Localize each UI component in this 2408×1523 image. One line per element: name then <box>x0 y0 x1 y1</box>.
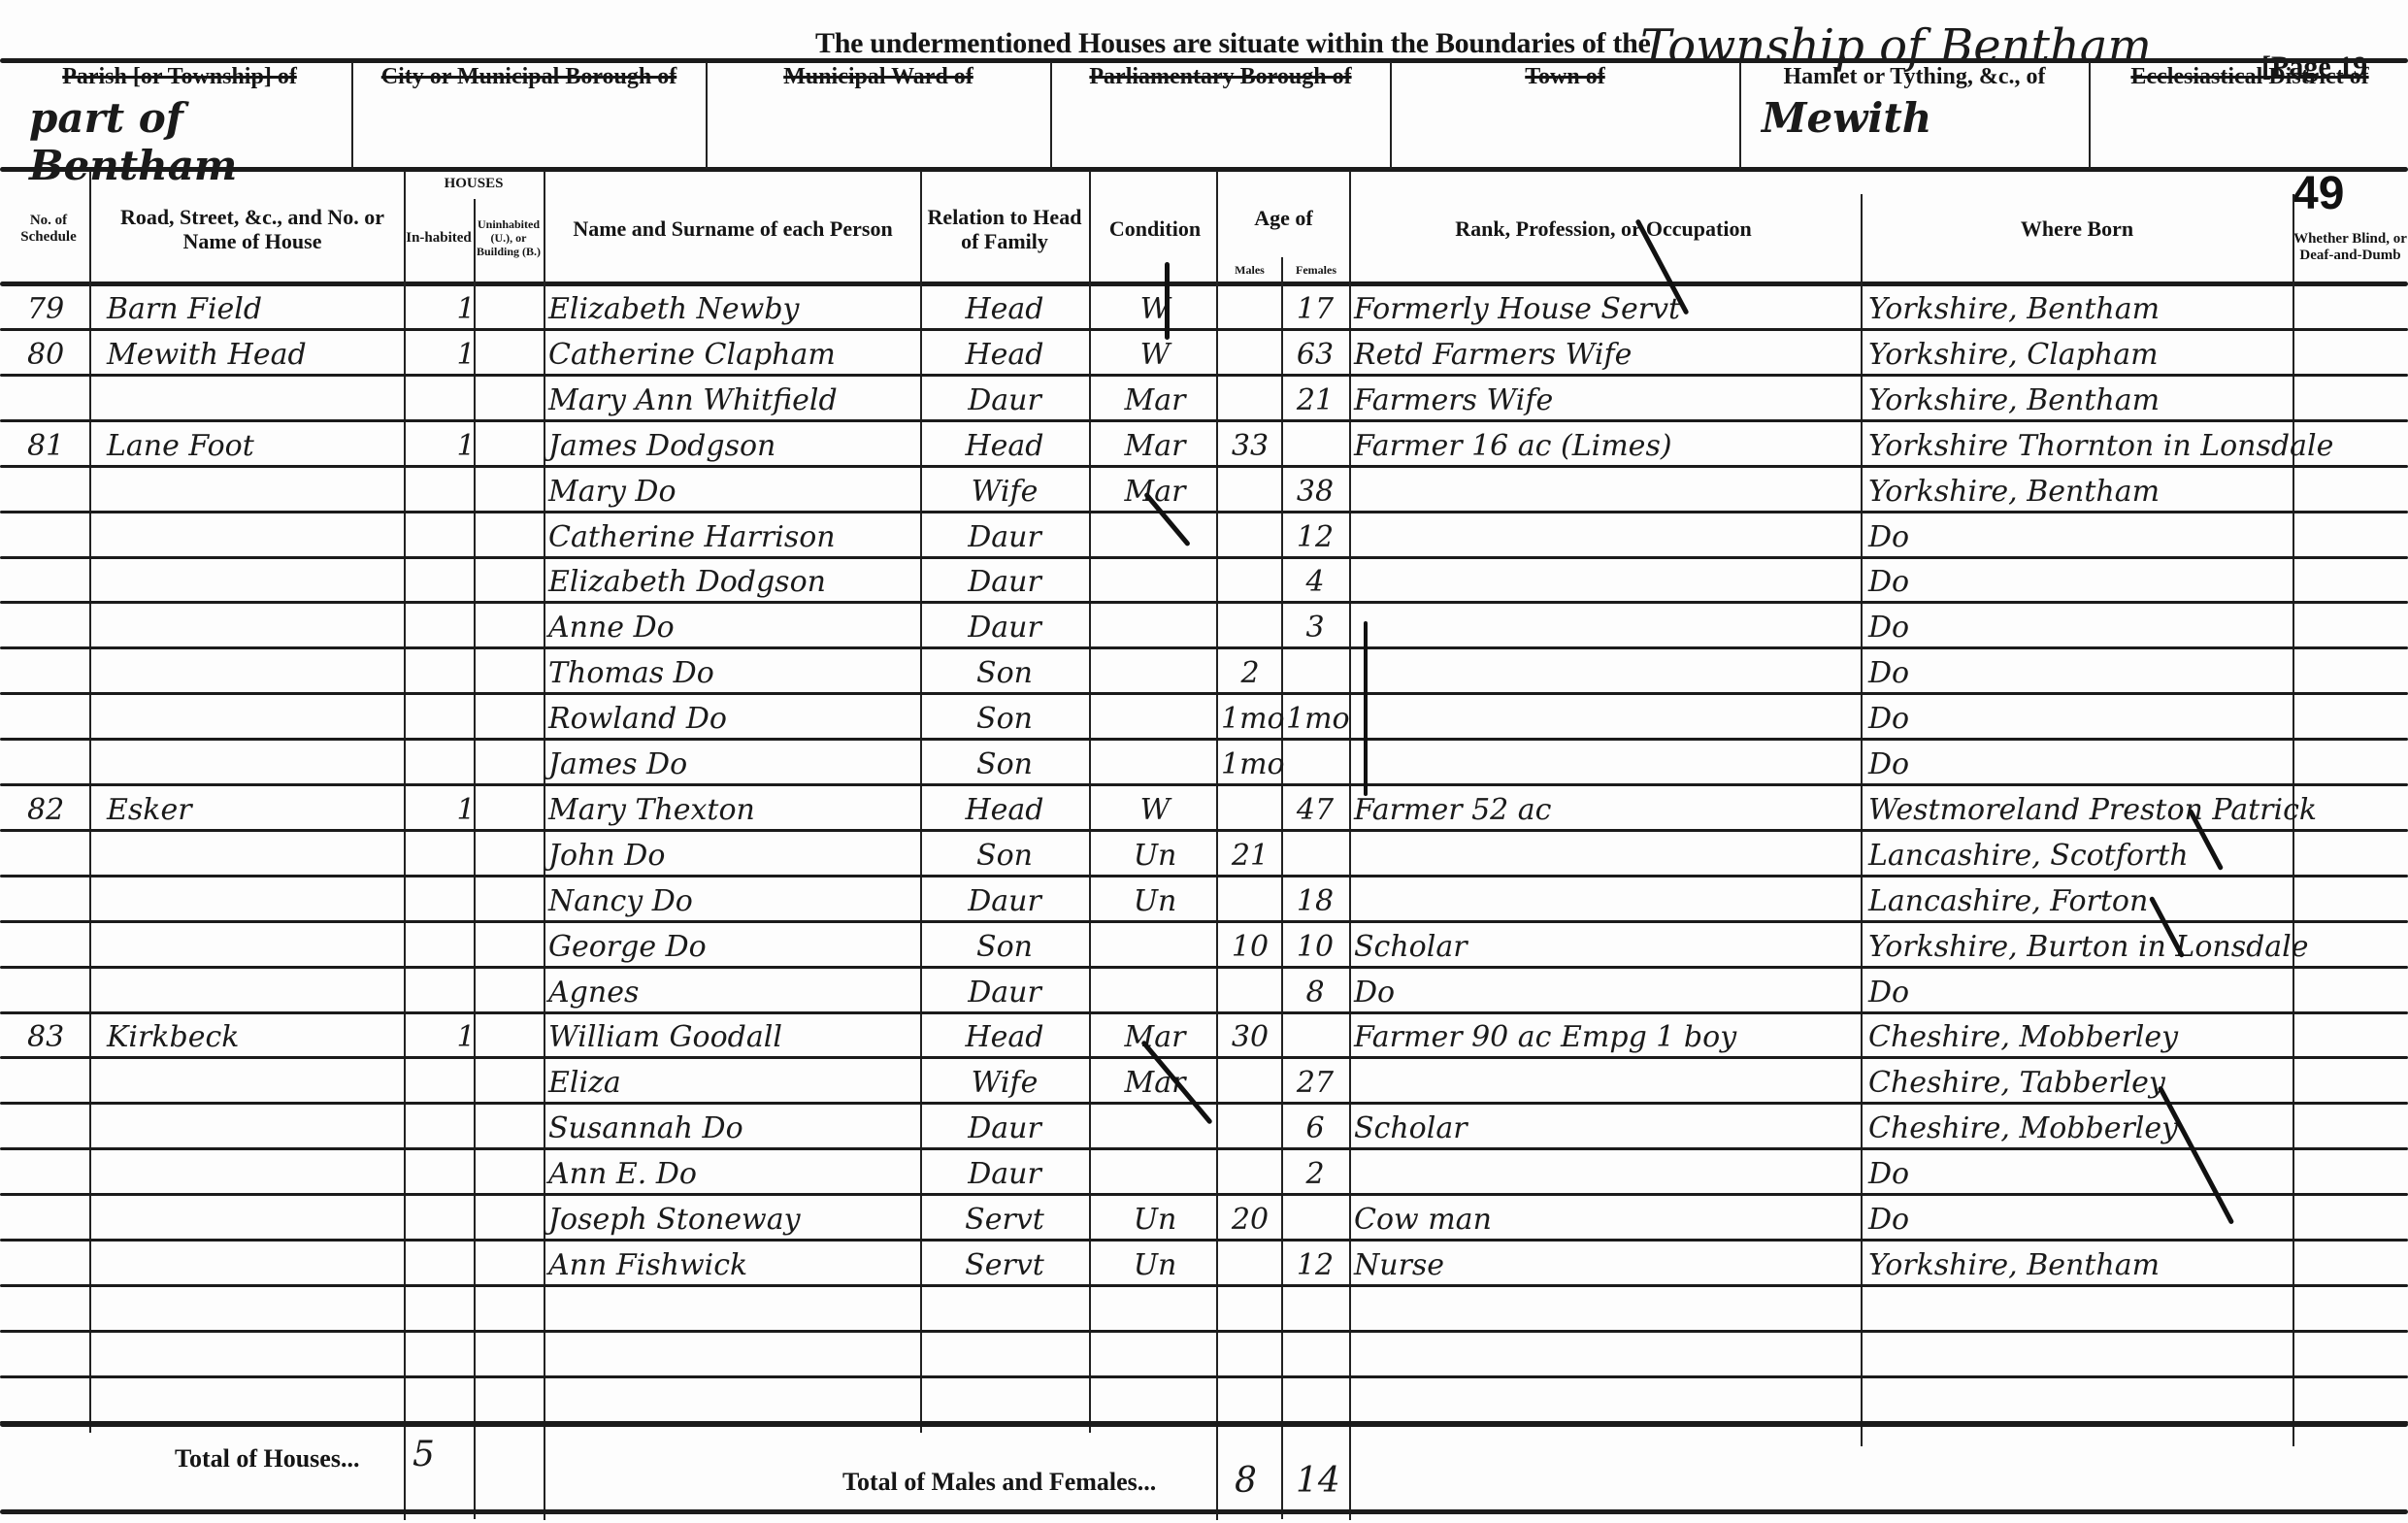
row-rule <box>0 692 2408 695</box>
person-name: Mary Ann Whitfield <box>548 379 917 423</box>
row-rule <box>0 1284 2408 1287</box>
row-rule <box>0 465 2408 468</box>
inhabited-count <box>446 1107 485 1151</box>
banner-text: The undermentioned Houses are situate wi… <box>815 27 1651 60</box>
age-female: 18 <box>1286 879 1344 924</box>
marital-condition: W <box>1102 287 1208 332</box>
jurisdiction-label: City or Municipal Borough of <box>354 64 704 90</box>
occupation <box>1354 879 1859 924</box>
row-rule <box>0 419 2408 422</box>
person-name: Mary Do <box>548 470 917 514</box>
marital-condition <box>1102 971 1208 1015</box>
birthplace: Yorkshire, Bentham <box>1868 287 2334 332</box>
birthplace: Do <box>1868 971 2334 1015</box>
total-females-value: 14 <box>1296 1461 1340 1501</box>
birthplace: Cheshire, Tabberley <box>1868 1061 2334 1106</box>
relation-to-head: Daur <box>932 971 1077 1015</box>
person-name: William Goodall <box>548 1015 917 1060</box>
table-row: Mary DoWifeMar38Yorkshire, Bentham <box>0 470 2408 514</box>
age-female: 17 <box>1286 287 1344 332</box>
age-female <box>1286 834 1344 878</box>
occupation: Farmer 52 ac <box>1354 788 1859 833</box>
occupation: Retd Farmers Wife <box>1354 333 1859 378</box>
birthplace: Do <box>1868 515 2334 560</box>
occupation: Farmers Wife <box>1354 379 1859 423</box>
check-mark <box>1364 621 1368 796</box>
birthplace: Do <box>1868 1198 2334 1242</box>
relation-to-head: Head <box>932 333 1077 378</box>
inhabited-count <box>446 1198 485 1242</box>
occupation: Nurse <box>1354 1243 1859 1288</box>
total-persons-label: Total of Males and Females... <box>842 1468 1156 1497</box>
relation-to-head: Daur <box>932 515 1077 560</box>
row-rule <box>0 646 2408 649</box>
total-houses-label: Total of Houses... <box>175 1444 359 1473</box>
birthplace: Westmoreland Preston Patrick <box>1868 788 2334 833</box>
age-male <box>1221 1061 1279 1106</box>
birthplace: Yorkshire, Bentham <box>1868 379 2334 423</box>
table-row: 81Lane Foot1James DodgsonHeadMar33Farmer… <box>0 424 2408 469</box>
marital-condition <box>1102 697 1208 742</box>
jurisdiction-label: Municipal Ward of <box>709 64 1048 90</box>
birthplace: Do <box>1868 560 2334 605</box>
occupation <box>1354 697 1859 742</box>
person-name: Susannah Do <box>548 1107 917 1151</box>
census-page: The undermentioned Houses are situate wi… <box>0 0 2408 1523</box>
row-rule <box>0 920 2408 923</box>
house-name <box>107 379 398 423</box>
schedule-number <box>27 560 85 605</box>
marital-condition: Mar <box>1102 379 1208 423</box>
table-row: Ann FishwickServtUn12NurseYorkshire, Ben… <box>0 1243 2408 1288</box>
table-row: Rowland DoSon1mo1moDo <box>0 697 2408 742</box>
occupation: Do <box>1354 971 1859 1015</box>
schedule-number: 82 <box>27 788 85 833</box>
birthplace: Lancashire, Scotforth <box>1868 834 2334 878</box>
occupation <box>1354 515 1859 560</box>
inhabited-count <box>446 470 485 514</box>
age-male <box>1221 379 1279 423</box>
relation-to-head: Wife <box>932 470 1077 514</box>
birthplace: Do <box>1868 651 2334 696</box>
schedule-number <box>27 1198 85 1242</box>
age-male: 1mo <box>1221 743 1279 787</box>
birthplace: Lancashire, Forton <box>1868 879 2334 924</box>
inhabited-count <box>446 1061 485 1106</box>
header-females: Females <box>1283 260 1349 281</box>
inhabited-count <box>446 606 485 650</box>
occupation <box>1354 606 1859 650</box>
check-mark <box>1165 262 1170 340</box>
person-name: Thomas Do <box>548 651 917 696</box>
jurisdiction-town: Town of <box>1393 64 1737 171</box>
schedule-number <box>27 743 85 787</box>
person-name: Nancy Do <box>548 879 917 924</box>
row-rule <box>0 875 2408 877</box>
header-uninhabited: Uninhabited (U.), or Building (B.) <box>476 200 542 278</box>
occupation: Scholar <box>1354 1107 1859 1151</box>
house-name: Lane Foot <box>107 424 398 469</box>
jurisdiction-parish: Parish [or Township] of part of Bentham <box>10 64 349 171</box>
schedule-number <box>27 879 85 924</box>
person-name: Joseph Stoneway <box>548 1198 917 1242</box>
age-female: 3 <box>1286 606 1344 650</box>
jurisdiction-hamlet: Hamlet or Tything, &c., of Mewith <box>1742 64 2087 171</box>
age-male <box>1221 879 1279 924</box>
table-row: Joseph StonewayServtUn20Cow manDo <box>0 1198 2408 1242</box>
header-occupation: Rank, Profession, or Occupation <box>1351 181 1856 278</box>
person-name: James Do <box>548 743 917 787</box>
header-males: Males <box>1218 260 1281 281</box>
age-male <box>1221 606 1279 650</box>
age-female: 4 <box>1286 560 1344 605</box>
rule-header-bottom <box>0 281 2408 286</box>
schedule-number <box>27 470 85 514</box>
relation-to-head: Servt <box>932 1198 1077 1242</box>
table-row: John DoSonUn21Lancashire, Scotforth <box>0 834 2408 878</box>
table-row: Anne DoDaur3Do <box>0 606 2408 650</box>
row-rule <box>0 1239 2408 1242</box>
age-female: 63 <box>1286 333 1344 378</box>
divider <box>1739 62 1741 169</box>
age-female: 8 <box>1286 971 1344 1015</box>
occupation <box>1354 470 1859 514</box>
inhabited-count <box>446 1243 485 1288</box>
relation-to-head: Servt <box>932 1243 1077 1288</box>
person-name: Catherine Clapham <box>548 333 917 378</box>
house-name <box>107 971 398 1015</box>
schedule-number: 83 <box>27 1015 85 1060</box>
birthplace: Cheshire, Mobberley <box>1868 1107 2334 1151</box>
relation-to-head: Head <box>932 788 1077 833</box>
age-female: 10 <box>1286 925 1344 970</box>
row-rule <box>0 1056 2408 1059</box>
marital-condition <box>1102 925 1208 970</box>
age-male: 10 <box>1221 925 1279 970</box>
schedule-number: 81 <box>27 424 85 469</box>
table-row: Mary Ann WhitfieldDaurMar21Farmers WifeY… <box>0 379 2408 423</box>
row-rule <box>0 738 2408 741</box>
schedule-number: 80 <box>27 333 85 378</box>
person-name: George Do <box>548 925 917 970</box>
age-female: 12 <box>1286 1243 1344 1288</box>
person-name: James Dodgson <box>548 424 917 469</box>
header-blind: Whether Blind, or Deaf-and-Dumb <box>2293 214 2408 281</box>
age-female <box>1286 1198 1344 1242</box>
person-name: Ann E. Do <box>548 1152 917 1197</box>
person-name: Ann Fishwick <box>548 1243 917 1288</box>
birthplace: Yorkshire, Clapham <box>1868 333 2334 378</box>
relation-to-head: Daur <box>932 879 1077 924</box>
row-rule <box>0 374 2408 377</box>
relation-to-head: Daur <box>932 560 1077 605</box>
marital-condition: W <box>1102 333 1208 378</box>
house-name: Esker <box>107 788 398 833</box>
birthplace: Do <box>1868 1152 2334 1197</box>
age-female <box>1286 651 1344 696</box>
inhabited-count <box>446 379 485 423</box>
house-name <box>107 1107 398 1151</box>
birthplace: Yorkshire Thornton in Lonsdale <box>1868 424 2334 469</box>
jurisdiction-ward: Municipal Ward of <box>709 64 1048 171</box>
schedule-number <box>27 651 85 696</box>
age-female: 27 <box>1286 1061 1344 1106</box>
schedule-number <box>27 1061 85 1106</box>
house-name <box>107 651 398 696</box>
inhabited-count: 1 <box>446 1015 485 1060</box>
occupation: Farmer 16 ac (Limes) <box>1354 424 1859 469</box>
inhabited-count: 1 <box>446 333 485 378</box>
header-name: Name and Surname of each Person <box>548 181 917 278</box>
birthplace: Yorkshire, Bentham <box>1868 470 2334 514</box>
inhabited-count <box>446 515 485 560</box>
row-rule <box>0 601 2408 604</box>
relation-to-head: Head <box>932 1015 1077 1060</box>
rule-top <box>0 58 2408 63</box>
divider <box>706 62 708 169</box>
rule-bottom <box>0 1509 2408 1514</box>
row-rule <box>0 1193 2408 1196</box>
schedule-number <box>27 697 85 742</box>
relation-to-head: Son <box>932 834 1077 878</box>
inhabited-count <box>446 651 485 696</box>
table-row: Catherine HarrisonDaur12Do <box>0 515 2408 560</box>
inhabited-count <box>446 697 485 742</box>
schedule-number <box>27 971 85 1015</box>
marital-condition: Un <box>1102 1243 1208 1288</box>
jurisdiction-label: Ecclesiastical District of <box>2092 64 2408 90</box>
header-inhabited: In-habited <box>406 200 472 278</box>
age-female <box>1286 424 1344 469</box>
row-rule <box>0 966 2408 969</box>
table-row: 83Kirkbeck1William GoodallHeadMar30Farme… <box>0 1015 2408 1060</box>
house-name: Mewith Head <box>107 333 398 378</box>
occupation <box>1354 560 1859 605</box>
birthplace: Do <box>1868 697 2334 742</box>
divider <box>351 62 353 169</box>
house-name <box>107 834 398 878</box>
age-male: 20 <box>1221 1198 1279 1242</box>
marital-condition: Un <box>1102 879 1208 924</box>
total-houses-value: 5 <box>412 1435 435 1474</box>
row-rule <box>0 1011 2408 1014</box>
house-name <box>107 925 398 970</box>
schedule-number <box>27 925 85 970</box>
age-male <box>1221 560 1279 605</box>
total-males-value: 8 <box>1235 1461 1257 1501</box>
occupation <box>1354 1152 1859 1197</box>
jurisdiction-ecclesiastical: Ecclesiastical District of <box>2092 64 2408 171</box>
age-female: 21 <box>1286 379 1344 423</box>
schedule-number <box>27 515 85 560</box>
house-name <box>107 1061 398 1106</box>
schedule-number <box>27 834 85 878</box>
age-male <box>1221 1152 1279 1197</box>
house-name <box>107 560 398 605</box>
age-male <box>1221 287 1279 332</box>
schedule-number <box>27 1107 85 1151</box>
row-rule <box>0 783 2408 786</box>
marital-condition <box>1102 651 1208 696</box>
row-rule <box>0 511 2408 513</box>
relation-to-head: Son <box>932 697 1077 742</box>
occupation: Cow man <box>1354 1198 1859 1242</box>
relation-to-head: Daur <box>932 1152 1077 1197</box>
inhabited-count <box>446 560 485 605</box>
house-name <box>107 879 398 924</box>
header-born: Where Born <box>1864 181 2291 278</box>
marital-condition <box>1102 743 1208 787</box>
inhabited-count: 1 <box>446 287 485 332</box>
age-female: 47 <box>1286 788 1344 833</box>
person-name: John Do <box>548 834 917 878</box>
marital-condition <box>1102 606 1208 650</box>
birthplace: Cheshire, Mobberley <box>1868 1015 2334 1060</box>
occupation <box>1354 1061 1859 1106</box>
age-male: 30 <box>1221 1015 1279 1060</box>
row-rule <box>0 829 2408 832</box>
person-name: Elizabeth Dodgson <box>548 560 917 605</box>
schedule-number <box>27 1243 85 1288</box>
marital-condition <box>1102 1152 1208 1197</box>
age-male <box>1221 1107 1279 1151</box>
header-road: Road, Street, &c., and No. or Name of Ho… <box>97 181 408 278</box>
folio-number: 49 <box>2293 167 2344 220</box>
age-male: 21 <box>1221 834 1279 878</box>
header-condition: Condition <box>1092 181 1218 278</box>
relation-to-head: Son <box>932 743 1077 787</box>
relation-to-head: Head <box>932 287 1077 332</box>
divider <box>1390 62 1392 169</box>
table-row: ElizaWifeMar27Cheshire, Tabberley <box>0 1061 2408 1106</box>
house-name <box>107 743 398 787</box>
person-name: Eliza <box>548 1061 917 1106</box>
table-row: Elizabeth DodgsonDaur4Do <box>0 560 2408 605</box>
divider <box>2089 62 2091 169</box>
house-name: Barn Field <box>107 287 398 332</box>
house-name <box>107 606 398 650</box>
relation-to-head: Head <box>932 424 1077 469</box>
inhabited-count <box>446 971 485 1015</box>
age-male: 33 <box>1221 424 1279 469</box>
row-rule <box>0 1147 2408 1150</box>
age-female: 12 <box>1286 515 1344 560</box>
age-female: 2 <box>1286 1152 1344 1197</box>
relation-to-head: Daur <box>932 606 1077 650</box>
inhabited-count: 1 <box>446 424 485 469</box>
relation-to-head: Son <box>932 651 1077 696</box>
marital-condition: W <box>1102 788 1208 833</box>
row-rule <box>0 1102 2408 1105</box>
header-relation: Relation to Head of Family <box>922 181 1087 278</box>
jurisdiction-city: City or Municipal Borough of <box>354 64 704 171</box>
relation-to-head: Son <box>932 925 1077 970</box>
jurisdiction-label: Parish [or Township] of <box>10 64 349 90</box>
person-name: Mary Thexton <box>548 788 917 833</box>
house-name <box>107 697 398 742</box>
person-name: Rowland Do <box>548 697 917 742</box>
table-row: 82Esker1Mary ThextonHeadW47Farmer 52 acW… <box>0 788 2408 833</box>
birthplace: Yorkshire, Bentham <box>1868 1243 2334 1288</box>
age-male <box>1221 470 1279 514</box>
inhabited-count: 1 <box>446 788 485 833</box>
inhabited-count <box>446 879 485 924</box>
table-row: Thomas DoSon2Do <box>0 651 2408 696</box>
occupation <box>1354 743 1859 787</box>
table-row: AgnesDaur8DoDo <box>0 971 2408 1015</box>
birthplace: Do <box>1868 606 2334 650</box>
table-row: James DoSon1moDo <box>0 743 2408 787</box>
row-rule <box>0 328 2408 331</box>
row-rule <box>0 556 2408 559</box>
age-female: 38 <box>1286 470 1344 514</box>
occupation <box>1354 651 1859 696</box>
age-male: 2 <box>1221 651 1279 696</box>
house-name <box>107 1243 398 1288</box>
age-male <box>1221 333 1279 378</box>
person-name: Catherine Harrison <box>548 515 917 560</box>
relation-to-head: Daur <box>932 379 1077 423</box>
inhabited-count <box>446 834 485 878</box>
age-male: 1mo <box>1221 697 1279 742</box>
occupation: Farmer 90 ac Empg 1 boy <box>1354 1015 1859 1060</box>
age-female: 1mo <box>1286 697 1344 742</box>
divider <box>1050 62 1052 169</box>
inhabited-count <box>446 925 485 970</box>
occupation <box>1354 834 1859 878</box>
marital-condition: Un <box>1102 1198 1208 1242</box>
age-male <box>1221 1243 1279 1288</box>
house-name <box>107 515 398 560</box>
table-row: Ann E. DoDaur2Do <box>0 1152 2408 1197</box>
age-female <box>1286 743 1344 787</box>
schedule-number: 79 <box>27 287 85 332</box>
rule-totals-top <box>0 1422 2408 1427</box>
jurisdiction-label: Hamlet or Tything, &c., of <box>1742 64 2087 90</box>
person-name: Agnes <box>548 971 917 1015</box>
relation-to-head: Wife <box>932 1061 1077 1106</box>
house-name <box>107 1152 398 1197</box>
table-row: Nancy DoDaurUn18Lancashire, Forton <box>0 879 2408 924</box>
jurisdiction-parliamentary: Parliamentary Borough of <box>1053 64 1388 171</box>
age-male <box>1221 971 1279 1015</box>
house-name: Kirkbeck <box>107 1015 398 1060</box>
person-name: Anne Do <box>548 606 917 650</box>
marital-condition: Un <box>1102 834 1208 878</box>
row-rule <box>0 1330 2408 1333</box>
age-female <box>1286 1015 1344 1060</box>
jurisdiction-value: part of Bentham <box>10 94 349 189</box>
person-name: Elizabeth Newby <box>548 287 917 332</box>
marital-condition <box>1102 1107 1208 1151</box>
birthplace: Do <box>1868 743 2334 787</box>
header-schedule: No. of Schedule <box>10 181 87 278</box>
table-row: George DoSon1010ScholarYorkshire, Burton… <box>0 925 2408 970</box>
header-houses: HOUSES <box>406 173 542 196</box>
marital-condition: Mar <box>1102 424 1208 469</box>
house-name <box>107 470 398 514</box>
jurisdiction-label: Parliamentary Borough of <box>1053 64 1388 90</box>
table-row: 80Mewith Head1Catherine ClaphamHeadW63Re… <box>0 333 2408 378</box>
schedule-number <box>27 1152 85 1197</box>
birthplace: Yorkshire, Burton in Lonsdale <box>1868 925 2334 970</box>
inhabited-count <box>446 1152 485 1197</box>
jurisdiction-label: Town of <box>1393 64 1737 90</box>
schedule-number <box>27 606 85 650</box>
table-row: 79Barn Field1Elizabeth NewbyHeadW17Forme… <box>0 287 2408 332</box>
inhabited-count <box>446 743 485 787</box>
relation-to-head: Daur <box>932 1107 1077 1151</box>
